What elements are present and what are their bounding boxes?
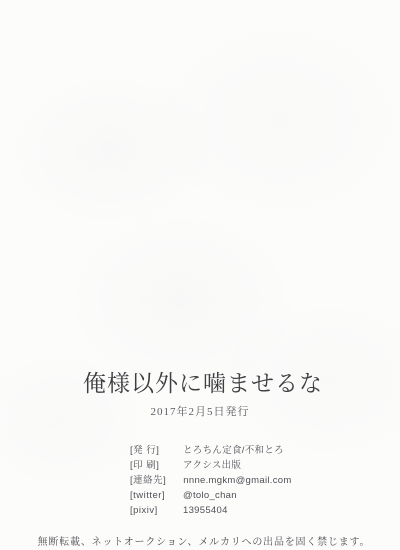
colophon-row-contact: [連絡先] nnne.mgkm@gmail.com	[130, 473, 400, 488]
twitter-label: [twitter]	[130, 488, 166, 503]
contact-label: [連絡先]	[130, 473, 166, 488]
contact-email: nnne.mgkm@gmail.com	[183, 473, 291, 488]
printer-name: アクシス出版	[183, 458, 241, 473]
colophon-row-twitter: [twitter] @tolo_chan	[130, 488, 400, 503]
book-title: 俺様以外に噛ませるな	[0, 370, 400, 398]
publisher-label: [発 行]	[130, 443, 166, 458]
pixiv-id: 13955404	[183, 503, 228, 518]
circle-name: とろちん定食/不和とろ	[183, 443, 284, 458]
copyright-notice: 無断転載、ネットオークション、メルカリへの出品を固く禁じます。	[0, 533, 400, 548]
colophon-row-pixiv: [pixiv] 13955404	[130, 503, 400, 518]
colophon-row-publisher: [発 行] とろちん定食/不和とろ	[130, 443, 400, 458]
publication-date: 2017年2月5日発行	[0, 403, 400, 419]
pixiv-label: [pixiv]	[130, 503, 166, 518]
twitter-handle: @tolo_chan	[183, 488, 237, 503]
printer-label: [印 刷]	[130, 458, 166, 473]
colophon-info-block: [発 行] とろちん定食/不和とろ [印 刷] アクシス出版 [連絡先] nnn…	[130, 443, 400, 518]
colophon-content: 俺様以外に噛ませるな 2017年2月5日発行 [発 行] とろちん定食/不和とろ…	[0, 370, 400, 548]
colophon-row-printer: [印 刷] アクシス出版	[130, 458, 400, 473]
scanned-colophon-page: 俺様以外に噛ませるな 2017年2月5日発行 [発 行] とろちん定食/不和とろ…	[0, 0, 400, 550]
